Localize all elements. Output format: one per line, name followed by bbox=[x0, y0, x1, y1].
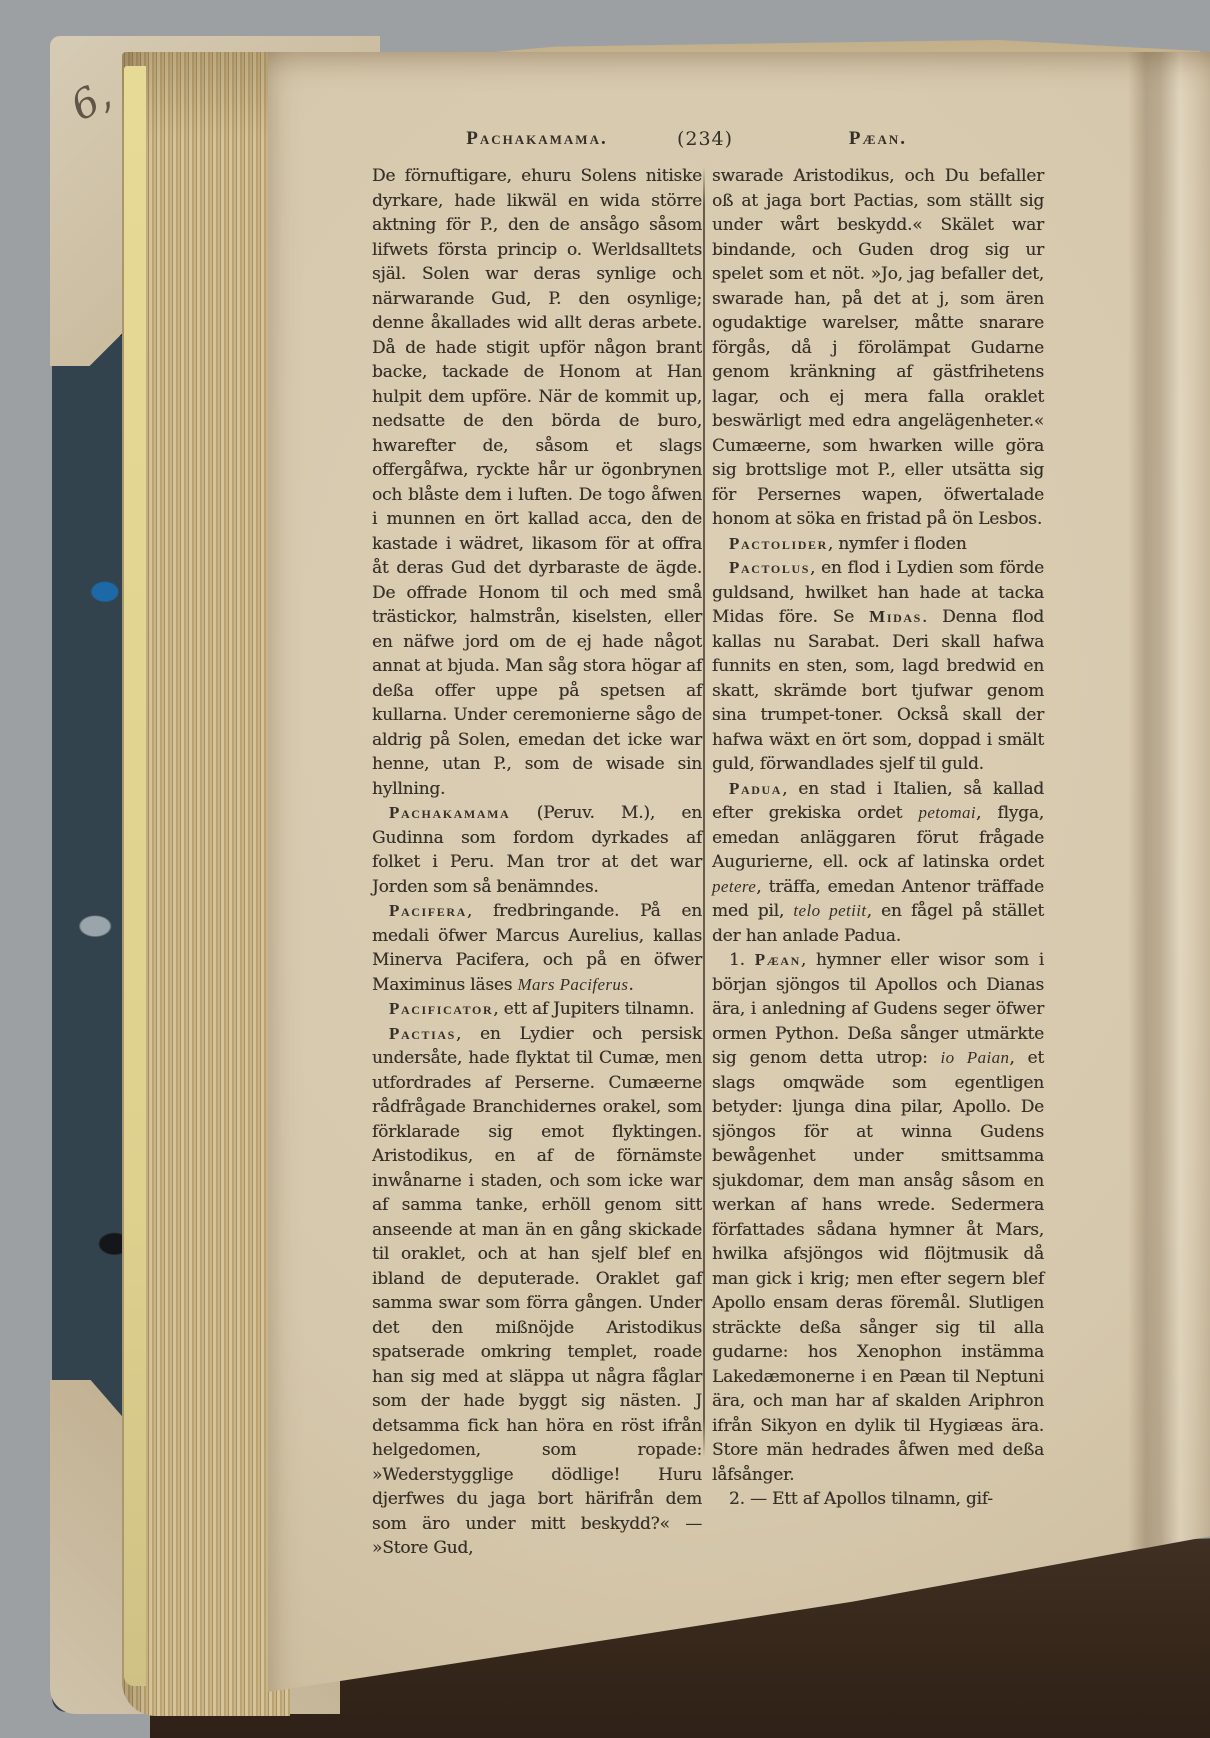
right-column-text: swarade Aristodikus, och Du befaller oß … bbox=[712, 164, 1044, 1512]
body-text: swarade Aristodikus, och Du befaller oß … bbox=[712, 166, 1044, 529]
printed-text-layer: Pachakamama. (234) Pæan. De förnuftigare… bbox=[0, 0, 1210, 1738]
entry-term: Padua bbox=[729, 779, 782, 798]
body-text: , en Lydier och persisk undersåte, hade … bbox=[372, 1024, 702, 1559]
foreign-word: io Paian bbox=[940, 1048, 1009, 1067]
entry-term: Pactolus bbox=[729, 558, 810, 577]
entry-term: Pactolider bbox=[729, 534, 828, 553]
entry-term: Pæan bbox=[755, 950, 801, 969]
body-text: De förnuftigare, ehuru Solens nitiske dy… bbox=[372, 166, 702, 799]
paragraph: Pacifera, fredbringande. På en medali öf… bbox=[372, 899, 702, 997]
foreign-word: petere bbox=[712, 877, 756, 896]
paragraph: Pacificator, ett af Jupiters tilnamn. bbox=[372, 997, 702, 1022]
running-head: Pachakamama. (234) Pæan. bbox=[0, 128, 1210, 158]
body-text: . Denna flod kallas nu Sarabat. Deri ska… bbox=[712, 607, 1044, 774]
foreign-word: petomai bbox=[918, 803, 976, 822]
paragraph: Pactolider, nymfer i floden bbox=[712, 532, 1044, 557]
paragraph: Pachakamama (Peruv. M.), en Gudinna som … bbox=[372, 801, 702, 899]
paragraph: 1. Pæan, hymner eller wisor som i början… bbox=[712, 948, 1044, 1487]
paragraph: Pactias, en Lydier och persisk undersåte… bbox=[372, 1022, 702, 1561]
paragraph: De förnuftigare, ehuru Solens nitiske dy… bbox=[372, 164, 702, 801]
body-text: . bbox=[628, 975, 633, 995]
running-head-right-title: Pæan. bbox=[712, 128, 1044, 150]
left-column-text: De förnuftigare, ehuru Solens nitiske dy… bbox=[372, 164, 702, 1561]
column-divider-rule bbox=[703, 166, 705, 1458]
scanned-book-page: 6, Pachakamama. (234) Pæan. De förnuftig… bbox=[0, 0, 1210, 1738]
foreign-word: telo petiit bbox=[793, 901, 866, 920]
paragraph: Pactolus, en flod i Lydien som förde gul… bbox=[712, 556, 1044, 777]
body-text: , et slags omqwäde som egentligen betyde… bbox=[712, 1048, 1044, 1485]
body-text: 1. bbox=[729, 950, 755, 970]
entry-term: Pacificator bbox=[389, 999, 493, 1018]
entry-term: Pachakamama bbox=[389, 803, 510, 822]
entry-term: Pacifera bbox=[389, 901, 467, 920]
entry-term: Pactias bbox=[389, 1024, 456, 1043]
foreign-word: Mars Paciferus bbox=[517, 975, 628, 994]
body-text: 2. — Ett af Apollos tilnamn, gif- bbox=[729, 1489, 993, 1509]
paragraph: Padua, en stad i Italien, så kallad efte… bbox=[712, 777, 1044, 949]
paragraph: swarade Aristodikus, och Du befaller oß … bbox=[712, 164, 1044, 532]
body-text: , nymfer i floden bbox=[828, 534, 967, 554]
entry-term: Midas bbox=[869, 607, 922, 626]
paragraph: 2. — Ett af Apollos tilnamn, gif- bbox=[712, 1487, 1044, 1512]
body-text: , ett af Jupiters tilnamn. bbox=[493, 999, 694, 1019]
